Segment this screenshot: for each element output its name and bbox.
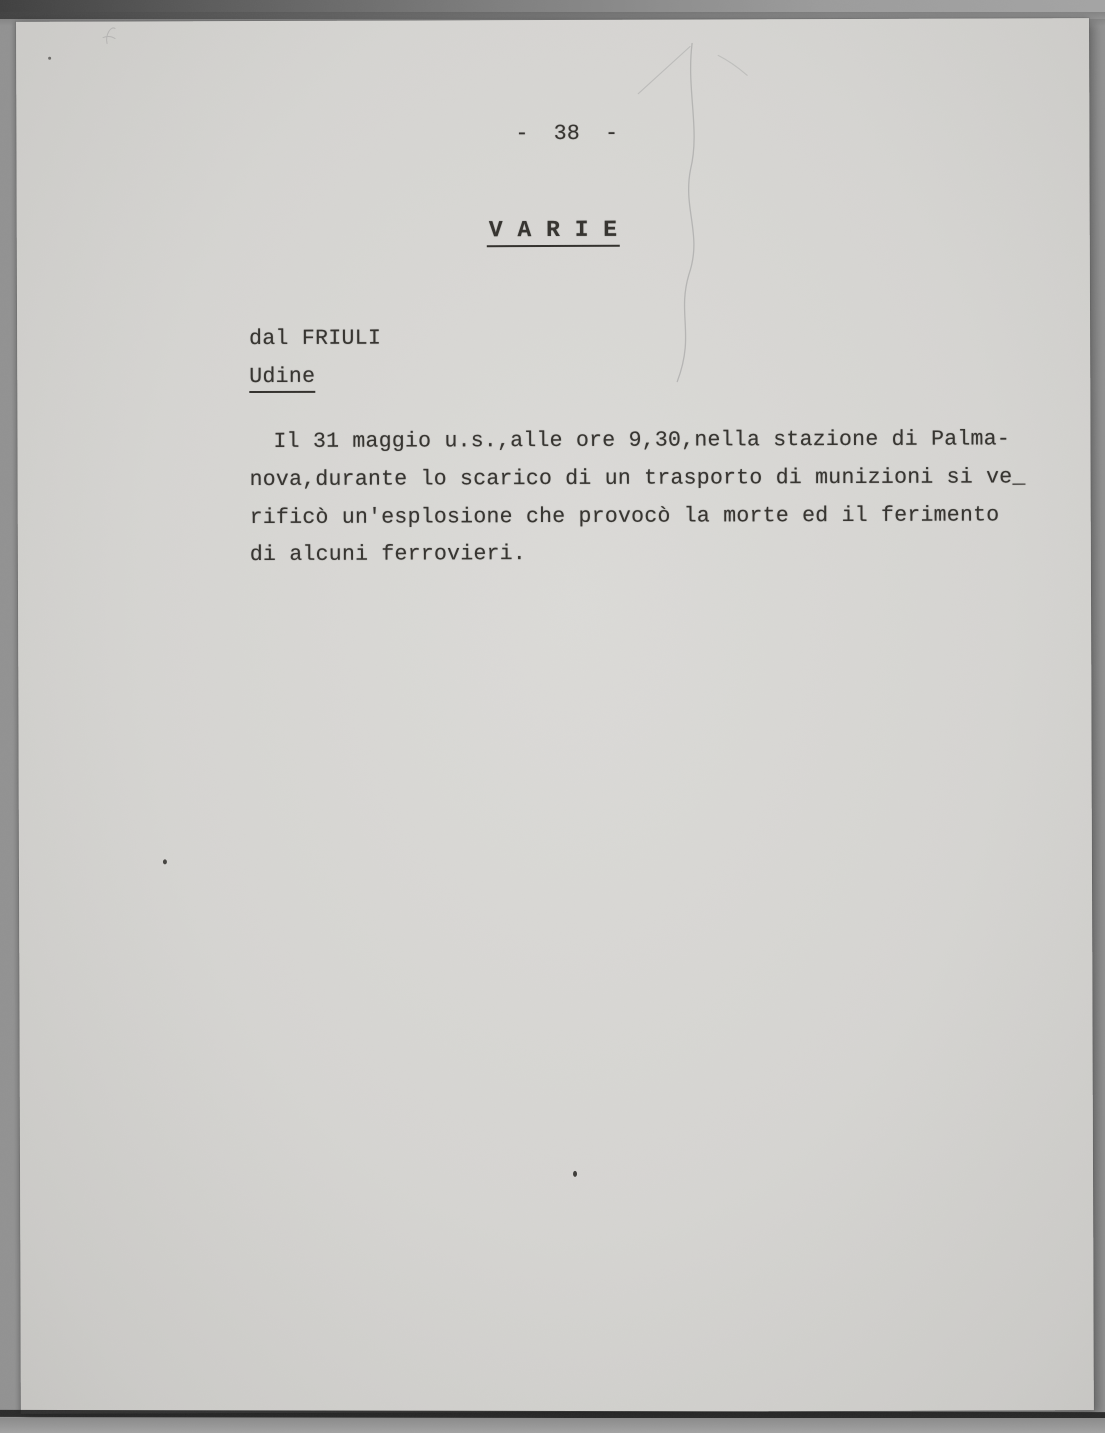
page-number-value: 38: [554, 122, 580, 146]
page-number-left-dash: -: [515, 122, 528, 146]
paragraph-line: Il 31 maggio u.s.,alle ore 9,30,nella st…: [249, 421, 1059, 462]
page-number-right-dash: -: [605, 122, 618, 146]
ink-speck: [573, 1171, 577, 1177]
body-paragraph: Il 31 maggio u.s.,alle ore 9,30,nella st…: [249, 421, 1060, 575]
paragraph-line: rificò un'esplosione che provocò la mort…: [250, 497, 1060, 538]
page-number: - 38 -: [16, 120, 1089, 148]
paragraph-line: di alcuni ferrovieri.: [250, 535, 1060, 576]
title-row: V A R I E: [17, 215, 1090, 249]
scanned-document-page: - 38 - V A R I E dal FRIULI Udine Il 31 …: [0, 0, 1105, 1433]
place-name: Udine: [249, 364, 315, 393]
ink-speck: [48, 57, 51, 60]
ink-speck: [163, 859, 167, 864]
page-title: V A R I E: [487, 217, 620, 247]
scanner-bed-bottom: [0, 1418, 1105, 1433]
dateline: dal FRIULI: [249, 326, 381, 352]
paragraph-line: nova,durante lo scarico di un trasporto …: [250, 459, 1060, 500]
paper-sheet: - 38 - V A R I E dal FRIULI Udine Il 31 …: [16, 18, 1094, 1414]
